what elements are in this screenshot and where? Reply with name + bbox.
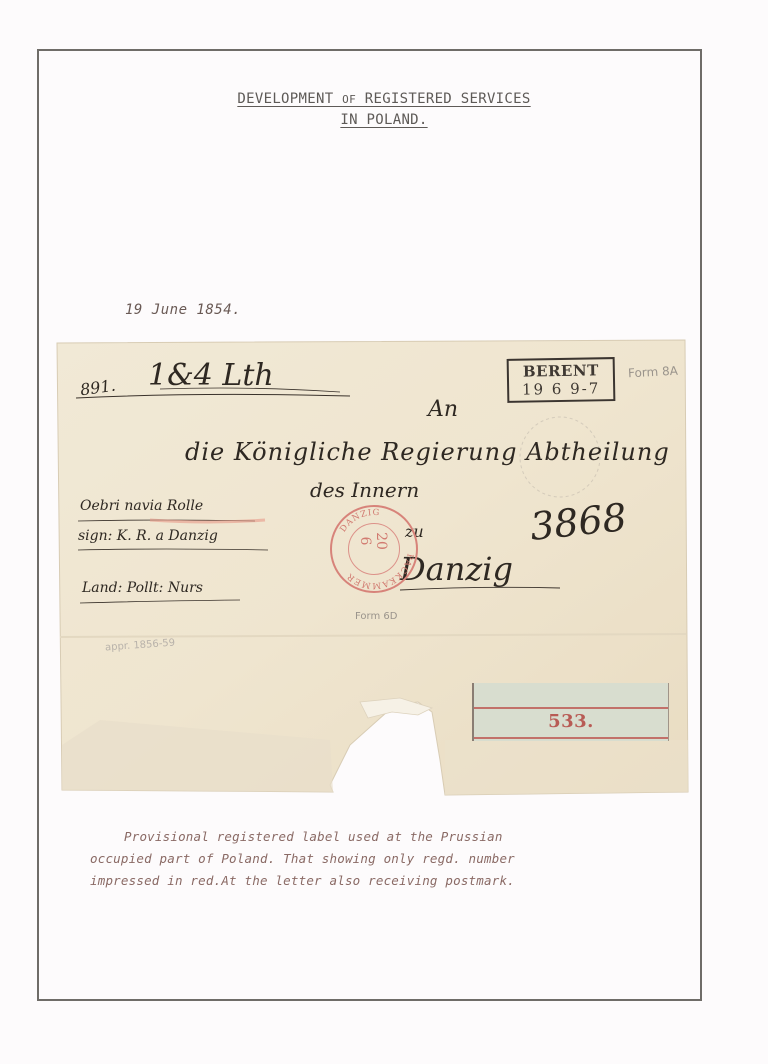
label-rule-bottom <box>474 737 668 739</box>
caption-line: Provisional registered label used at the… <box>90 826 630 848</box>
handwritten-value: 1&4 Lth <box>148 358 274 393</box>
left-note-line-3: Land: Pollt: Nurs <box>82 580 203 596</box>
berent-box-cancel: BERENT 19 6 9-7 <box>507 357 616 403</box>
label-rule-top <box>474 707 668 709</box>
description-caption: Provisional registered label used at the… <box>90 826 630 892</box>
registration-number: 533. <box>474 711 668 732</box>
cancel-date: 20 6 <box>357 521 389 561</box>
pencil-note-form-6d: Form 6D <box>355 611 397 622</box>
caption-line: occupied part of Poland. That showing on… <box>90 848 630 870</box>
red-danzig-receiving-cancel: DANZIG PACKKAMMER 20 6 <box>330 505 418 593</box>
address-line-2: des Innern <box>310 478 419 502</box>
left-note-line-1: Oebri navia Rolle <box>80 498 203 514</box>
addressee-an: An <box>428 397 458 422</box>
postal-cover: 891. 1&4 Lth BERENT 19 6 9-7 Form 8A An … <box>0 0 768 820</box>
registration-label: 533. <box>472 683 669 741</box>
caption-line: impressed in red.At the letter also rece… <box>90 870 630 892</box>
left-note-line-2: sign: K. R. a Danzig <box>78 528 218 544</box>
pencil-note-form-8a: Form 8A <box>628 364 679 381</box>
address-line-1: die Königliche Regierung Abtheilung <box>185 438 670 466</box>
